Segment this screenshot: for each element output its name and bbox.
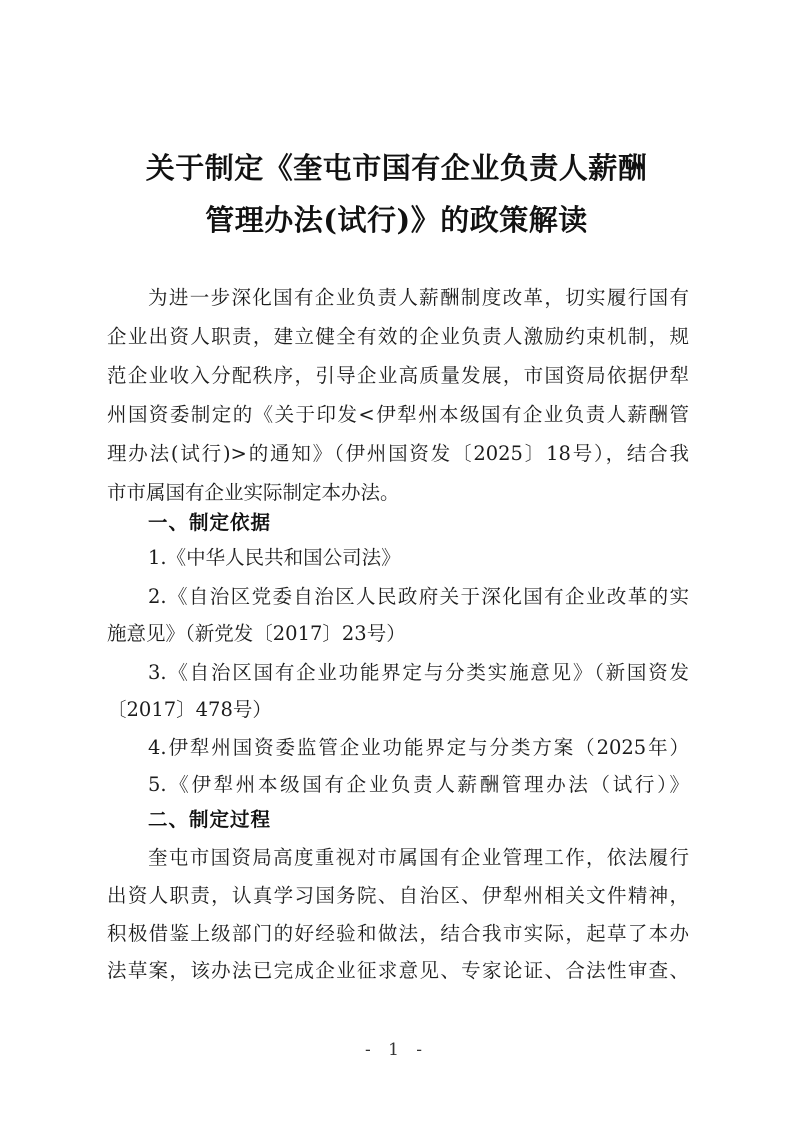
process-paragraph-line: 出资人职责，认真学习国务院、自治区、伊犁州相关文件精神， [107, 884, 689, 908]
basis-list-item-continuation: 施意见》（新党发〔2017〕23号） [107, 622, 689, 646]
process-paragraph-line: 法草案，该办法已完成企业征求意见、专家论证、合法性审查、 [107, 959, 689, 983]
document-title-line-2: 管理办法(试行)》的政策解读 [0, 198, 793, 239]
basis-list-item-continuation: 〔2017〕478号） [107, 698, 689, 722]
page-number: - 1 - [0, 1040, 793, 1060]
process-paragraph-line: 奎屯市国资局高度重视对市属国有企业管理工作，依法履行 [148, 846, 689, 870]
document-page: 关于制定《奎屯市国有企业负责人薪酬 管理办法(试行)》的政策解读 为进一步深化国… [0, 0, 793, 1122]
basis-list-item: 3.《自治区国有企业功能界定与分类实施意见》（新国资发 [148, 661, 689, 685]
section-heading-process: 二、制定过程 [148, 808, 271, 832]
intro-paragraph-line: 州国资委制定的《关于印发<伊犁州本级国有企业负责人薪酬管 [107, 403, 689, 427]
section-heading-basis: 一、制定依据 [148, 511, 271, 535]
intro-paragraph-line: 为进一步深化国有企业负责人薪酬制度改革，切实履行国有 [148, 286, 689, 310]
intro-paragraph-line: 市市属国有企业实际制定本办法。 [107, 481, 689, 505]
basis-list-item: 1.《中华人民共和国公司法》 [148, 546, 689, 570]
basis-list-item: 5.《伊犁州本级国有企业负责人薪酬管理办法（试行）》 [148, 773, 689, 797]
intro-paragraph-line: 范企业收入分配秩序，引导企业高质量发展，市国资局依据伊犁 [107, 364, 689, 388]
intro-paragraph-line: 企业出资人职责，建立健全有效的企业负责人激励约束机制，规 [107, 325, 689, 349]
basis-list-item: 2.《自治区党委自治区人民政府关于深化国有企业改革的实 [148, 585, 689, 609]
intro-paragraph-line: 理办法(试行)>的通知》（伊州国资发〔2025〕18号），结合我 [107, 442, 689, 466]
process-paragraph-line: 积极借鉴上级部门的好经验和做法，结合我市实际，起草了本办 [107, 922, 689, 946]
document-title-line-1: 关于制定《奎屯市国有企业负责人薪酬 [0, 146, 793, 187]
basis-list-item: 4.伊犁州国资委监管企业功能界定与分类方案（2025年） [148, 736, 689, 760]
